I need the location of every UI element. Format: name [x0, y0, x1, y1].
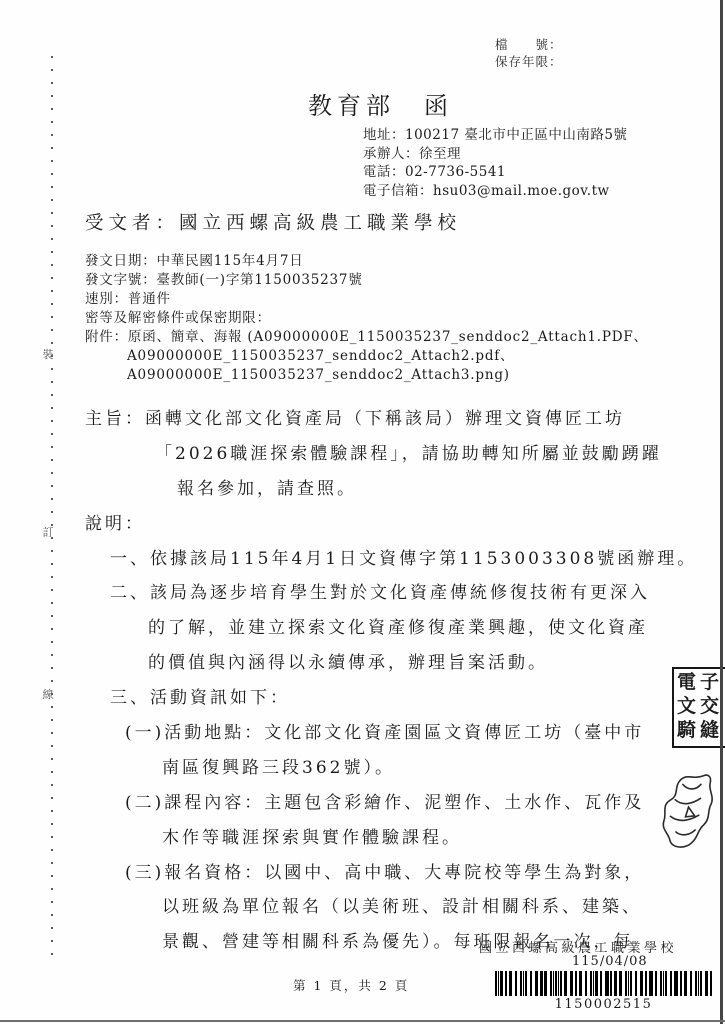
subject-line: 報名參加，請查照。 [177, 472, 685, 507]
sender-contact-person: 承辦人：徐至理 [363, 145, 627, 164]
scanned-official-letter: 檔 號： 保存年限： 教育部 函 地址：100217 臺北市中正區中山南路5號 … [0, 0, 725, 1024]
seam-stamp-row: 文交 [677, 694, 725, 718]
doc-number-line: 發文字號：臺教師(一)字第1150035237號 [85, 271, 648, 290]
binding-dotted-line [51, 56, 53, 966]
sender-contact-block: 地址：100217 臺北市中正區中山南路5號 承辦人：徐至理 電話：02-773… [363, 126, 627, 200]
recipient-line: 受文者：國立西螺高級農工職業學校 [85, 209, 461, 235]
attachment-line: 附件：原函、簡章、海報 (A09000000E_1150035237_sendd… [85, 328, 648, 347]
description-item-1: 一、依據該局115年4月1日文資傳字第1153003308號函辦理。 [110, 542, 685, 577]
description-item-2-cont: 的價值與內涵得以永續傳承，辦理旨案活動。 [148, 646, 685, 681]
security-line: 密等及解密條件或保密期限： [85, 309, 648, 328]
description-item-3: 三、活動資訊如下： [110, 681, 685, 716]
attachment-line: A09000000E_1150035237_senddoc2_Attach2.p… [127, 347, 648, 366]
scan-edge-right [720, 0, 723, 1024]
document-body: 主旨：函轉文化部文化資產局（下稱該局）辦理文資傳匠工坊 「2026職涯探索體驗課… [85, 402, 685, 960]
activity-location-cont: 南區復興路三段362號）。 [162, 751, 685, 786]
electronic-exchange-seam-stamp: 電子 文交 騎縫 [672, 667, 725, 748]
page-number-info: 第 1 頁，共 2 頁 [293, 976, 409, 994]
sender-phone: 電話：02-7736-5541 [363, 163, 627, 182]
activity-location-line: (一)活動地點：文化部文化資產園區文資傳匠工坊（臺中市 [125, 716, 685, 751]
description-heading: 說明： [85, 507, 685, 542]
priority-line: 速別：普通件 [85, 290, 648, 309]
description-item-2-cont: 的了解，並建立探索文化資產修復產業興趣，使文化資產 [148, 611, 685, 646]
binding-mark-xian: 線 [40, 686, 56, 702]
barcode [495, 971, 712, 996]
retention-period-label: 保存年限： [495, 53, 563, 70]
received-date-stamp: 115/04/08 [572, 954, 648, 969]
document-title: 教育部 函 [308, 86, 453, 121]
course-content-cont: 木作等職涯探索與實作體驗課程。 [162, 821, 685, 856]
description-item-2: 二、該局為逐步培育學生對於文化資產傳統修復技術有更深入 [110, 576, 685, 611]
attachment-line: A09000000E_1150035237_senddoc2_Attach3.p… [127, 366, 648, 385]
file-number-box: 檔 號： 保存年限： [495, 36, 563, 70]
eligibility-cont: 以班級為單位報名（以美術班、設計相關科系、建築、 [162, 890, 685, 925]
course-content-line: (二)課程內容：主題包含彩繪作、泥塑作、土水作、瓦作及 [125, 786, 685, 821]
document-meta-block: 發文日期：中華民國115年4月7日 發文字號：臺教師(一)字第115003523… [85, 252, 648, 385]
binding-mark-ding: 訂 [40, 524, 56, 540]
seam-stamp-row: 騎縫 [677, 718, 725, 742]
barcode-number: 1150002515 [495, 997, 712, 1012]
sender-address: 地址：100217 臺北市中正區中山南路5號 [363, 126, 627, 145]
subject-line: 「2026職涯探索體驗課程」，請協助轉知所屬並鼓勵踴躍 [155, 437, 685, 472]
subject-line: 主旨：函轉文化部文化資產局（下稱該局）辦理文資傳匠工坊 [85, 402, 685, 437]
file-number-label: 檔 號： [495, 36, 563, 53]
seam-stamp-row: 電子 [677, 670, 725, 694]
scan-edge-bottom [0, 1020, 725, 1022]
seal-mark-graphic [658, 770, 716, 858]
eligibility-line: (三)報名資格：以國中、高中職、大專院校等學生為對象， [125, 856, 685, 891]
issue-date-line: 發文日期：中華民國115年4月7日 [85, 252, 648, 271]
sender-email: 電子信箱：hsu03@mail.moe.gov.tw [363, 182, 627, 201]
binding-mark-zhuang: 裝 [40, 346, 56, 362]
